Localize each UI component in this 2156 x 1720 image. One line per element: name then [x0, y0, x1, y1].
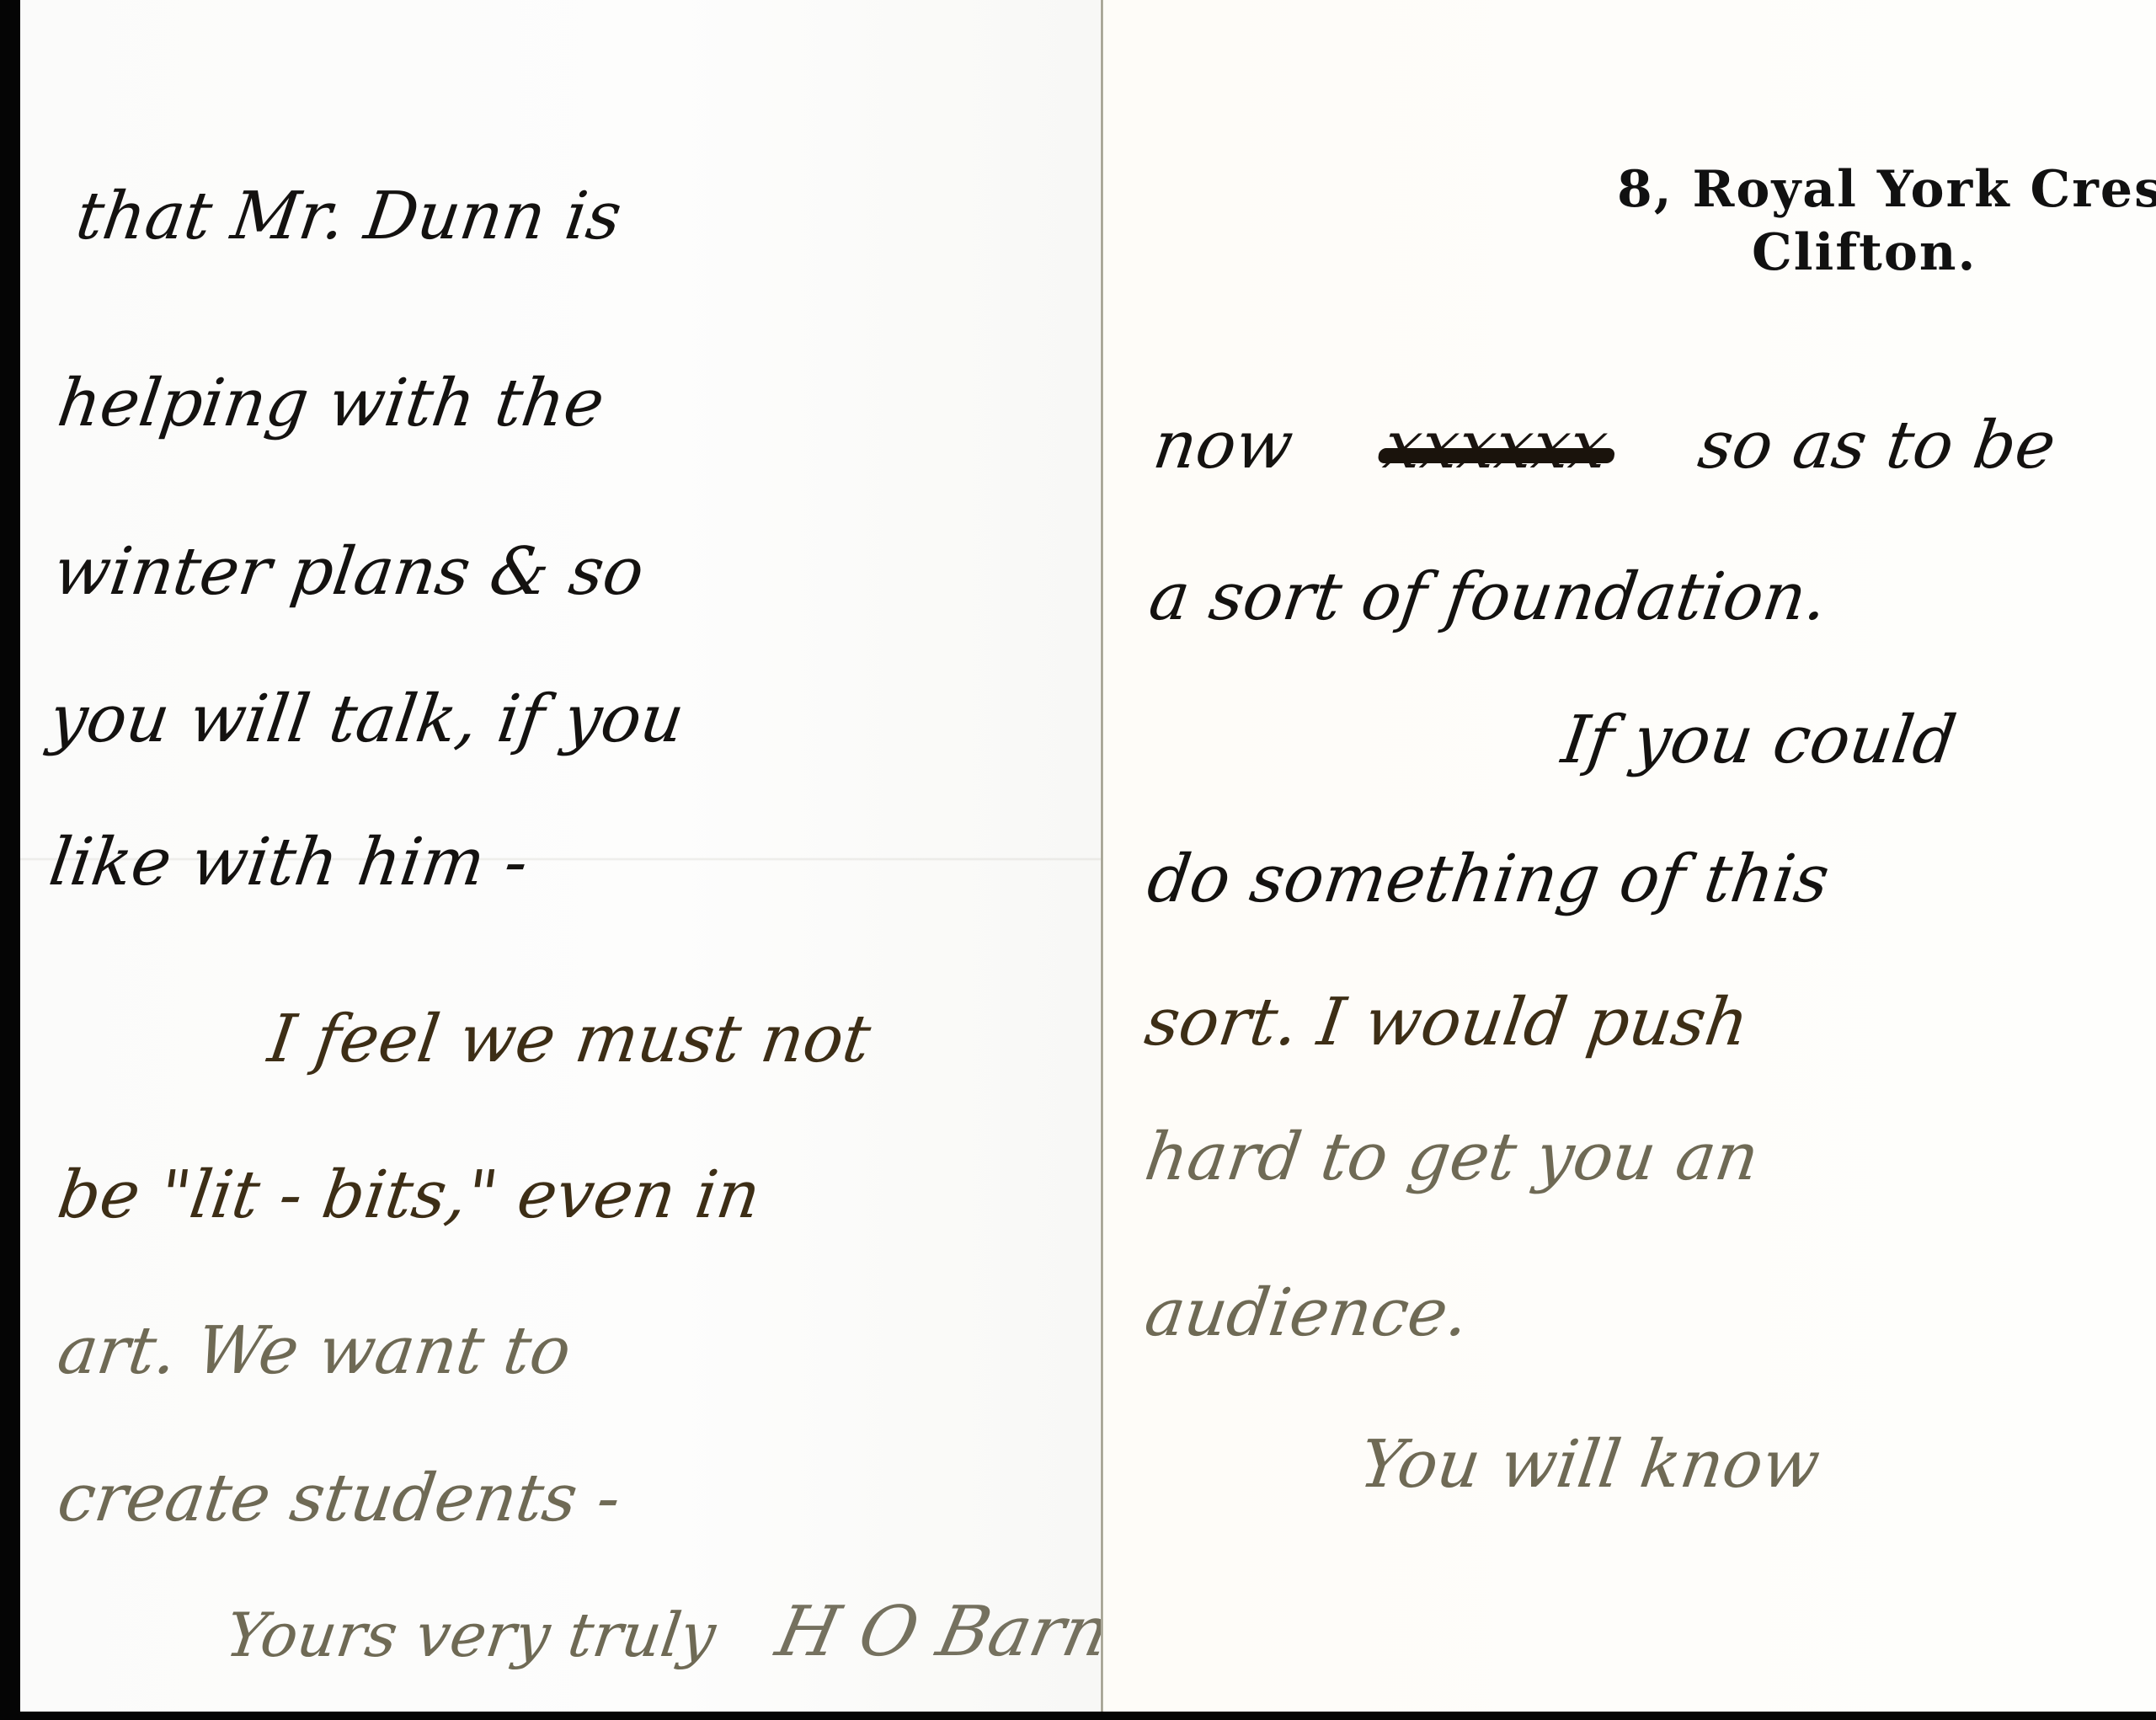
- handwritten-line: a sort of foundation.: [1145, 564, 1831, 630]
- handwritten-line: art. We want to: [54, 1318, 574, 1384]
- letterhead-address: 8, Royal York Crescent,: [1617, 160, 2156, 219]
- struck-out-word: xxxxxx: [1380, 413, 1612, 478]
- handwritten-line: you will talk, if you: [45, 686, 688, 752]
- scan-border-left: [0, 0, 20, 1720]
- text-before-deletion: now: [1149, 408, 1298, 483]
- handwritten-line: hard to get you an: [1141, 1124, 1763, 1190]
- handwritten-line: create students -: [54, 1466, 624, 1531]
- handwritten-line: do something of this: [1144, 847, 1833, 912]
- handwritten-line: be "lit - bits," even in: [54, 1162, 764, 1228]
- handwritten-line: You will know: [1356, 1432, 1823, 1498]
- letterhead-town: Clifton.: [1752, 223, 1977, 282]
- handwritten-line: like with him -: [45, 830, 531, 895]
- letter-scan: that Mr. Dunn is helping with the winter…: [20, 0, 2156, 1712]
- right-page: 8, Royal York Crescent, Clifton. now xxx…: [1103, 0, 2156, 1712]
- left-page: that Mr. Dunn is helping with the winter…: [20, 0, 1102, 1712]
- letterhead-city: Clifton.: [1752, 223, 1977, 282]
- handwritten-line: I feel we must not: [264, 1007, 874, 1072]
- handwritten-line-with-deletion: now xxxxxx so as to be: [1150, 413, 2059, 478]
- text-after-deletion: so as to be: [1694, 408, 2060, 483]
- handwritten-line: winter plans & so: [50, 539, 648, 605]
- handwritten-line: sort. I would push: [1141, 990, 1753, 1055]
- handwritten-line: audience.: [1141, 1280, 1473, 1346]
- handwritten-line: that Mr. Dunn is: [72, 184, 625, 249]
- letterhead-street: 8, Royal York Crescent,: [1617, 160, 2156, 219]
- handwritten-line: If you could: [1558, 708, 1960, 773]
- closing-salutation: Yours very truly: [222, 1605, 719, 1665]
- scan-border-bottom: [0, 1712, 2156, 1720]
- handwritten-line: helping with the: [54, 371, 608, 436]
